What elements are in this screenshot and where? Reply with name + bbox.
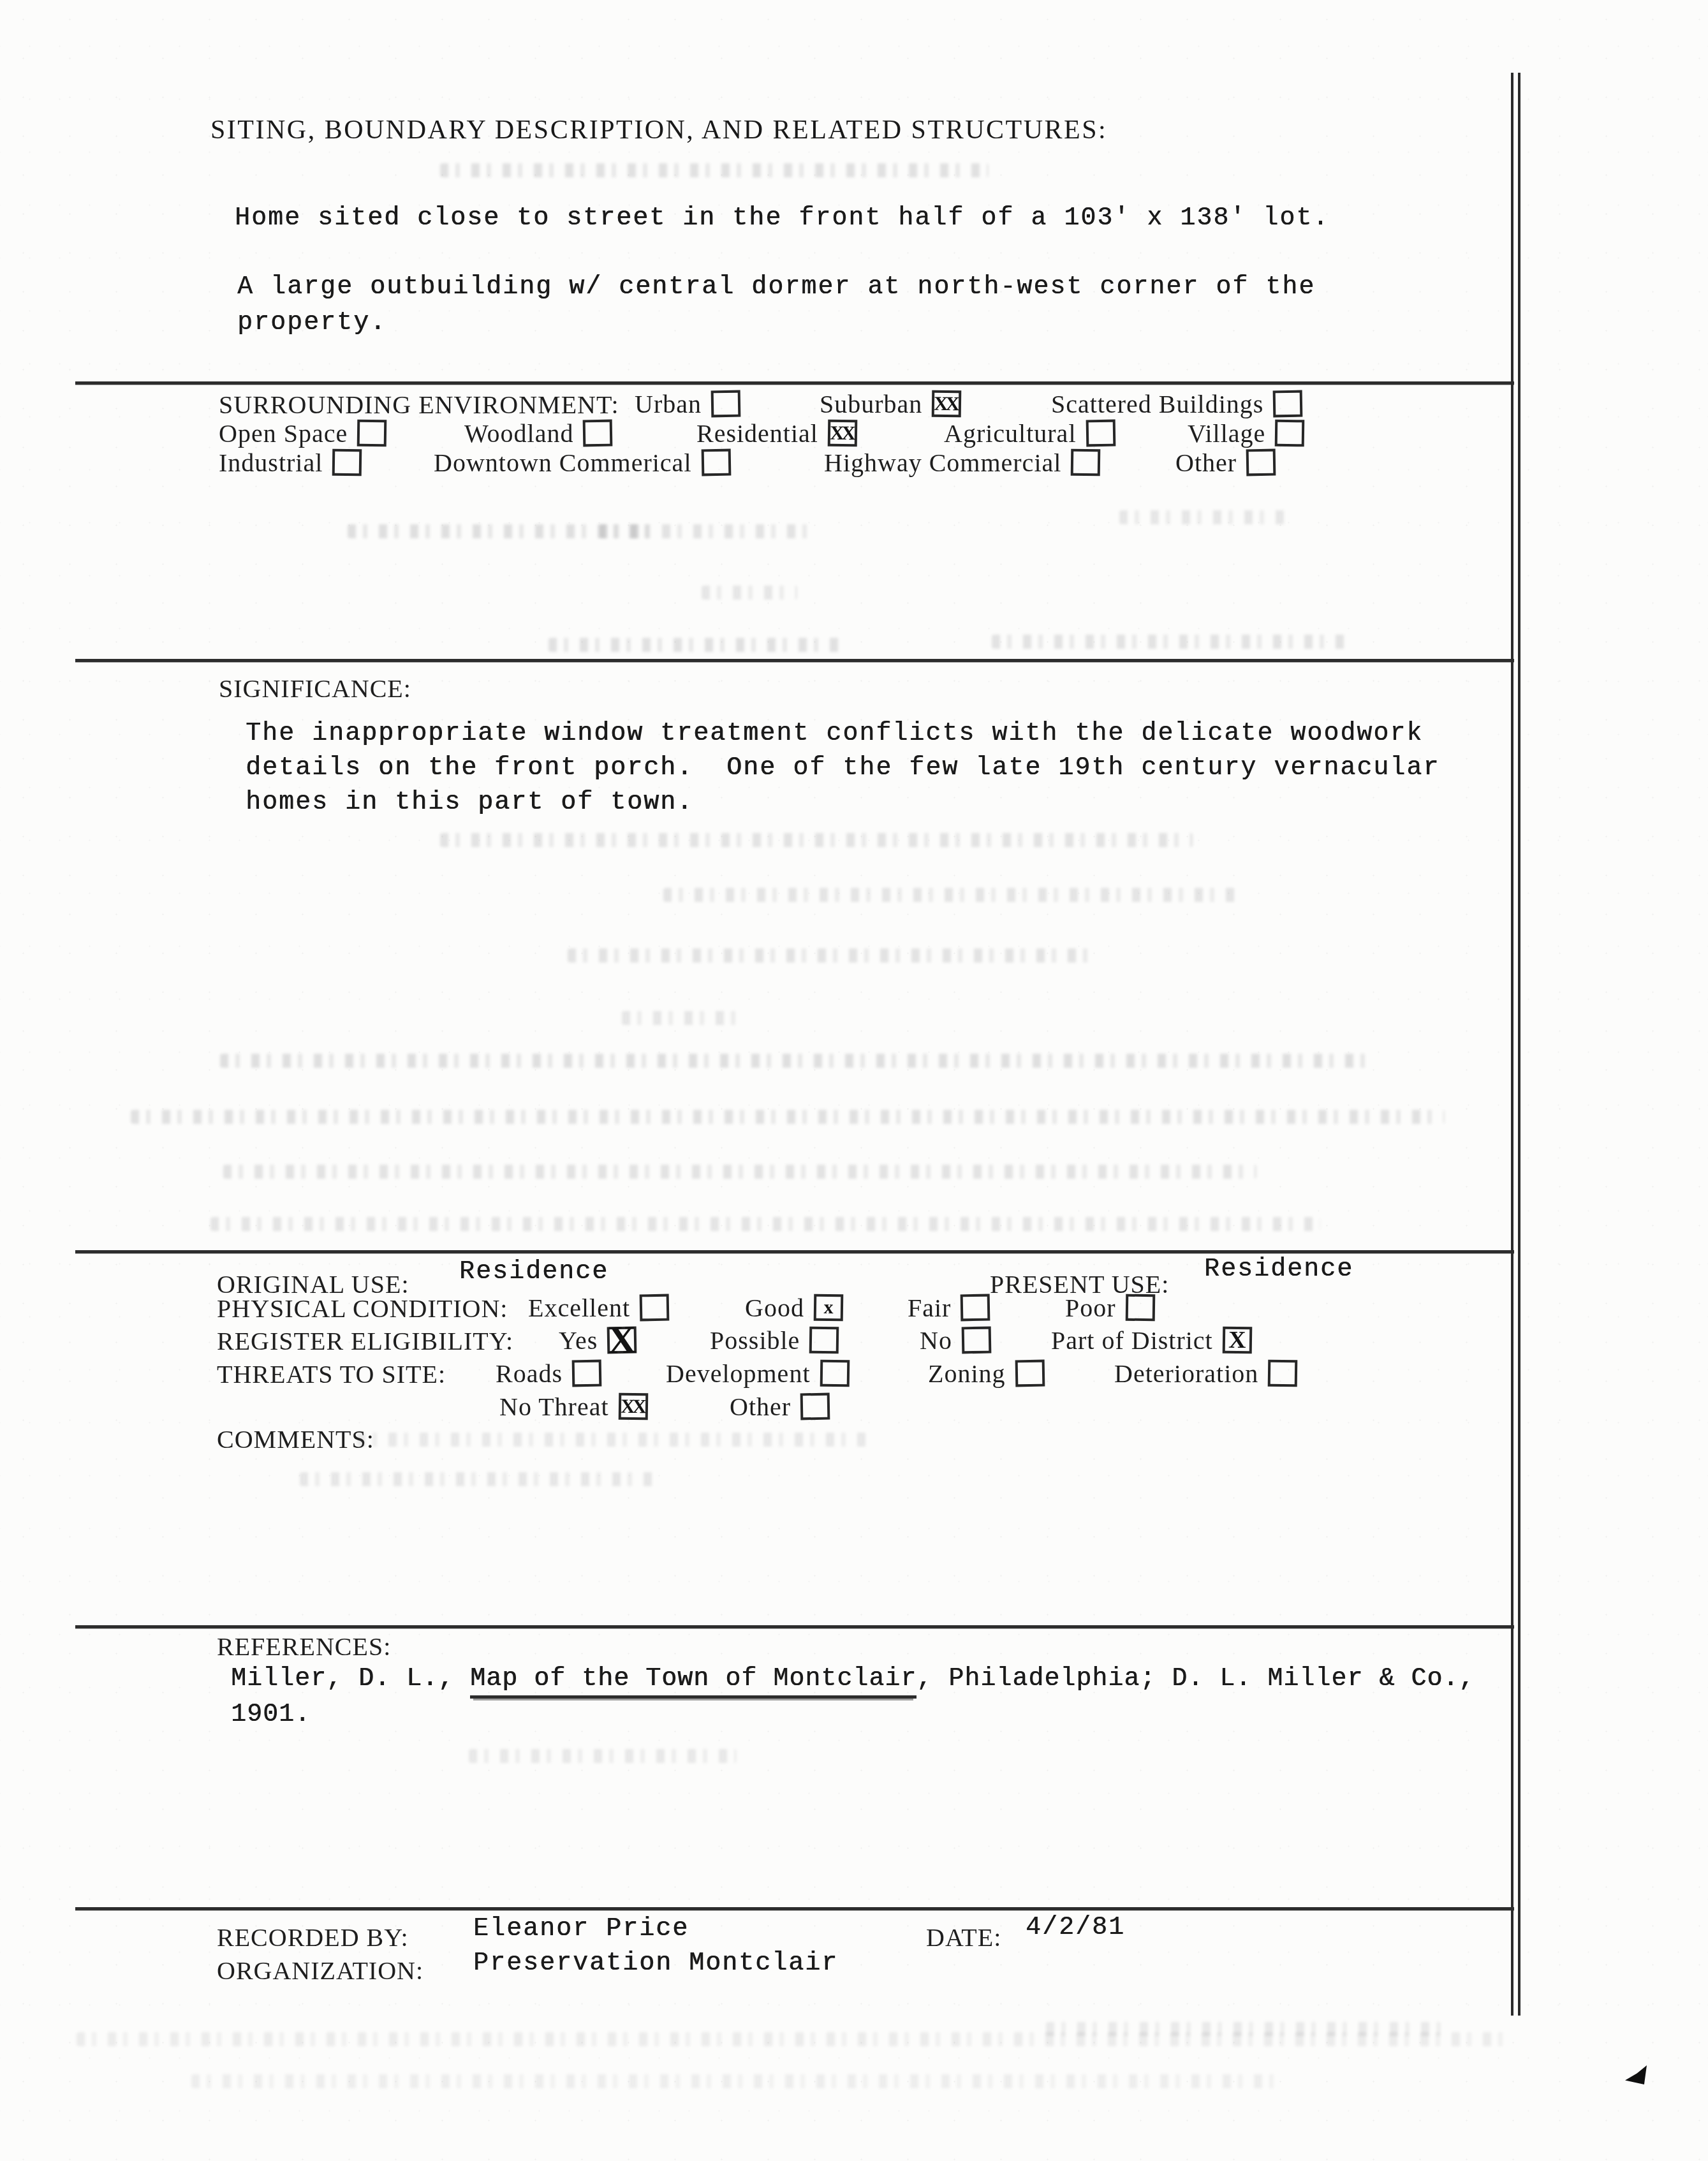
threats-item-no-threat-label: No Threat: [499, 1392, 609, 1422]
section-divider-4: [75, 1625, 1514, 1628]
section-divider-1: [75, 381, 1514, 385]
env-item-suburban: Suburban XX: [820, 387, 961, 420]
threats-label: THREATS TO SITE:: [217, 1359, 446, 1389]
references-label: REFERENCES:: [217, 1632, 391, 1662]
env-item-suburban-checkbox: XX: [932, 390, 962, 418]
threats-item-no-threat-checkbox: XX: [618, 1393, 648, 1420]
env-item-scattered-buildings-checkbox: [1273, 390, 1303, 418]
section-divider-2: [75, 659, 1514, 662]
eligibility-item-part-of-district-label: Part of District: [1051, 1325, 1213, 1355]
condition-item-excellent-checkbox: [640, 1294, 670, 1322]
threats-item-zoning-checkbox: [1015, 1360, 1045, 1387]
condition-item-fair-label: Fair: [908, 1293, 951, 1323]
significance-text-line1: The inappropriate window treatment confl…: [246, 719, 1423, 748]
environment-row-1: SURROUNDING ENVIRONMENT: Urban Suburban …: [0, 387, 1708, 420]
threats-item-zoning: Zoning: [928, 1357, 1045, 1390]
ghost-bleed: [131, 1110, 1445, 1124]
threats-row-2: No Threat XX Other: [0, 1390, 1708, 1423]
eligibility-item-no-checkbox: [962, 1327, 992, 1354]
organization-label: ORGANIZATION:: [217, 1956, 423, 1986]
ghost-bleed: [300, 1472, 657, 1486]
env-item-industrial-label: Industrial: [219, 448, 323, 478]
eligibility-item-part-of-district-checkbox: X: [1222, 1327, 1252, 1354]
threats-item-other: Other: [730, 1390, 830, 1423]
section-divider-5: [75, 1907, 1514, 1910]
env-item-residential: Residential XX: [696, 417, 857, 450]
condition-item-fair-checkbox: [961, 1294, 990, 1322]
ghost-bleed: [663, 888, 1237, 902]
env-item-residential-label: Residential: [696, 418, 818, 448]
eligibility-item-yes-label: Yes: [559, 1325, 598, 1355]
env-item-woodland: Woodland: [464, 417, 612, 450]
env-item-woodland-checkbox: [583, 420, 613, 447]
section-divider-3: [75, 1250, 1514, 1253]
ghost-bleed: [440, 833, 1193, 847]
recorded-by-value: Eleanor Price: [473, 1915, 689, 1943]
env-item-highway-commercial-label: Highway Commercial: [824, 448, 1061, 478]
condition-item-excellent: Excellent: [528, 1291, 669, 1324]
register-eligibility-label: REGISTER ELIGIBILITY:: [217, 1326, 513, 1356]
references-line1-post: , Philadelphia; D. L. Miller & Co.,: [917, 1665, 1475, 1693]
condition-item-good-label: Good: [745, 1293, 804, 1323]
environment-row-3: Industrial Downtown Commerical Highway C…: [0, 446, 1708, 479]
threats-item-other-checkbox: [800, 1393, 830, 1420]
siting-text-line1: Home sited close to street in the front …: [235, 204, 1329, 233]
original-use-value: Residence: [459, 1258, 608, 1287]
eligibility-item-possible-checkbox: [809, 1327, 839, 1354]
references-line1: Miller, D. L., Map of the Town of Montcl…: [231, 1665, 1475, 1693]
eligibility-item-yes: Yes X: [559, 1324, 637, 1357]
env-item-highway-commercial-checkbox: [1071, 449, 1101, 476]
env-item-scattered-buildings: Scattered Buildings: [1051, 387, 1302, 420]
threats-item-deterioration-checkbox: [1268, 1360, 1298, 1387]
threats-item-roads: Roads: [496, 1357, 601, 1390]
ghost-bleed: [220, 1054, 1368, 1068]
scanned-survey-form-page: SITING, BOUNDARY DESCRIPTION, AND RELATE…: [0, 0, 1708, 2161]
env-item-scattered-buildings-label: Scattered Buildings: [1051, 389, 1263, 419]
ghost-bleed: [548, 638, 842, 652]
significance-text-line2: details on the front porch. One of the f…: [246, 754, 1439, 783]
env-item-other-label: Other: [1175, 448, 1237, 478]
env-item-village-checkbox: [1275, 420, 1305, 447]
condition-item-poor: Poor: [1065, 1291, 1155, 1324]
env-item-open-space-label: Open Space: [219, 418, 348, 448]
condition-item-good-checkbox: x: [814, 1294, 844, 1322]
eligibility-item-yes-checkbox: X: [607, 1327, 637, 1354]
significance-section-label: SIGNIFICANCE:: [219, 674, 411, 704]
ghost-bleed: [357, 1433, 867, 1447]
env-item-downtown-commerical-label: Downtown Commerical: [434, 448, 692, 478]
siting-text-line3: property.: [237, 309, 387, 337]
threats-item-development-label: Development: [666, 1359, 811, 1389]
ghost-bleed: [1119, 510, 1285, 524]
env-item-open-space: Open Space: [219, 417, 387, 450]
eligibility-item-possible-label: Possible: [710, 1325, 800, 1355]
environment-section-label: SURROUNDING ENVIRONMENT:: [219, 390, 619, 420]
physical-condition-label: PHYSICAL CONDITION:: [217, 1294, 508, 1324]
condition-item-poor-checkbox: [1125, 1294, 1155, 1322]
env-item-agricultural-checkbox: [1086, 420, 1115, 447]
threats-item-roads-checkbox: [572, 1360, 602, 1387]
ghost-bleed: [469, 1749, 737, 1763]
threats-item-development: Development: [666, 1357, 850, 1390]
ghost-bleed: [223, 1165, 1256, 1179]
eligibility-item-part-of-district: Part of District X: [1051, 1324, 1252, 1357]
env-item-village: Village: [1188, 417, 1304, 450]
ghost-bleed: [992, 635, 1349, 649]
env-item-other-checkbox: [1246, 449, 1276, 476]
condition-item-good: Good x: [745, 1291, 843, 1324]
ghost-bleed: [210, 1217, 1320, 1231]
condition-item-poor-label: Poor: [1065, 1293, 1116, 1323]
right-margin-line-inner: [1518, 73, 1520, 2016]
environment-row-2: Open Space Woodland Residential XX Agric…: [0, 417, 1708, 450]
env-item-urban: Urban: [635, 387, 740, 420]
env-item-downtown-commerical: Downtown Commerical: [434, 446, 731, 479]
env-item-other: Other: [1175, 446, 1276, 479]
threats-row-1: THREATS TO SITE: Roads Development Zonin…: [0, 1357, 1708, 1390]
env-item-residential-checkbox: XX: [828, 420, 858, 447]
date-value: 4/2/81: [1026, 1914, 1125, 1942]
register-eligibility-row: REGISTER ELIGIBILITY: Yes X Possible No …: [0, 1324, 1708, 1357]
env-item-urban-label: Urban: [635, 389, 702, 419]
significance-text-line3: homes in this part of town.: [246, 788, 693, 817]
ghost-bleed: [77, 2032, 1505, 2046]
comments-label: COMMENTS:: [217, 1424, 374, 1454]
siting-text-line2: A large outbuilding w/ central dormer at…: [237, 273, 1315, 302]
organization-value: Preservation Montclair: [473, 1949, 838, 1978]
eligibility-item-no: No: [920, 1324, 991, 1357]
date-label: DATE:: [926, 1922, 1001, 1952]
env-item-industrial-checkbox: [332, 449, 362, 476]
env-item-agricultural-label: Agricultural: [944, 418, 1077, 448]
threats-item-zoning-label: Zoning: [928, 1359, 1006, 1389]
eligibility-item-possible: Possible: [710, 1324, 839, 1357]
references-line1-pre: Miller, D. L.,: [231, 1665, 470, 1693]
condition-item-fair: Fair: [908, 1291, 990, 1324]
siting-section-title: SITING, BOUNDARY DESCRIPTION, AND RELATE…: [210, 115, 1107, 145]
threats-item-roads-label: Roads: [496, 1359, 563, 1389]
env-item-industrial: Industrial: [219, 446, 362, 479]
env-item-highway-commercial: Highway Commercial: [824, 446, 1100, 479]
references-line1-title: Map of the Town of Montclair: [470, 1665, 917, 1699]
env-item-open-space-checkbox: [357, 420, 387, 447]
eligibility-item-no-label: No: [920, 1325, 952, 1355]
right-margin-line-outer: [1511, 73, 1513, 2016]
ghost-bleed: [702, 586, 797, 600]
present-use-value: Residence: [1204, 1255, 1353, 1284]
env-item-agricultural: Agricultural: [944, 417, 1115, 450]
env-item-village-label: Village: [1188, 418, 1265, 448]
threats-item-deterioration-label: Deterioration: [1114, 1359, 1258, 1389]
threats-item-deterioration: Deterioration: [1114, 1357, 1297, 1390]
env-item-suburban-label: Suburban: [820, 389, 922, 419]
threats-item-no-threat: No Threat XX: [499, 1390, 648, 1423]
env-item-woodland-label: Woodland: [464, 418, 573, 448]
env-item-urban-checkbox: [711, 390, 741, 418]
env-item-downtown-commerical-checkbox: [701, 449, 731, 476]
ghost-bleed: [440, 163, 989, 177]
threats-item-other-label: Other: [730, 1392, 791, 1422]
ghost-bleed: [191, 2074, 1276, 2088]
references-line2: 1901.: [231, 1700, 311, 1729]
ghost-bleed: [568, 948, 1097, 962]
physical-condition-row: PHYSICAL CONDITION: Excellent Good x Fai…: [0, 1291, 1708, 1324]
threats-item-development-checkbox: [820, 1360, 850, 1387]
ghost-bleed: [600, 524, 810, 538]
ghost-bleed: [622, 1011, 743, 1025]
recorded-by-label: RECORDED BY:: [217, 1922, 409, 1952]
ink-mark: [1625, 2065, 1647, 2084]
